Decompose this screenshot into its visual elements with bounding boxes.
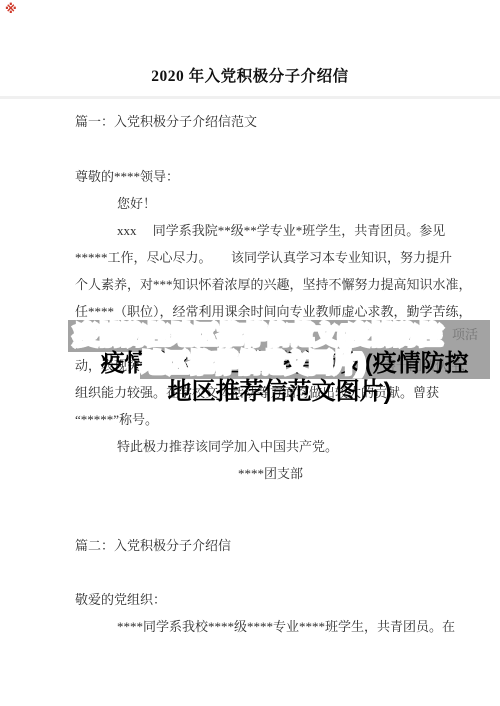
document-title: 2020 年入党积极分子介绍信 [0,64,500,86]
section2-heading: 篇二：入党积极分子介绍信 [75,538,231,554]
para-line: ****同学系我校****级****专业****班学生，共青团员。在 [117,619,455,635]
watermark-text: 地区推荐信范文图片) [168,378,392,405]
para-line: 任****（职位），经常利用课余时间向专业教师虚心求教，勤学苦练， [75,304,472,320]
title-divider [0,96,500,99]
para-line: xxx 同学系我院**级**学专业*班学生，共青团员。参见 [117,223,445,239]
red-corner-mark: ※ [5,2,17,16]
watermark-text-outline: 疫情防控地区推荐信范文(疫情防控 [74,322,442,350]
document-page: ※ 2020 年入党积极分子介绍信 篇一：入党积极分子介绍信范文 尊敬的****… [0,0,500,706]
signature-line: ****团支部 [238,466,303,482]
watermark-text-outline: 地区推荐信范文图片) [141,350,365,378]
para-line: *****工作，尽心尽力。 该同学认真学习本专业知识，努力提升 [75,250,452,266]
para-line: 个人素养，对***知识怀着浓厚的兴趣，坚持不懈努力提高知识水准， [75,277,472,293]
section1-heading: 篇一：入党积极分子介绍信范文 [75,114,257,130]
para-line: 特此极力推荐该同学加入中国共产党。 [117,439,338,455]
para-line: 敬爱的党组织： [75,592,166,608]
para-line: 尊敬的****领导： [75,169,179,185]
para-line: 您好！ [117,196,156,212]
watermark-title-line2: 地区推荐信范文图片)地区推荐信范文图片) [141,350,392,434]
